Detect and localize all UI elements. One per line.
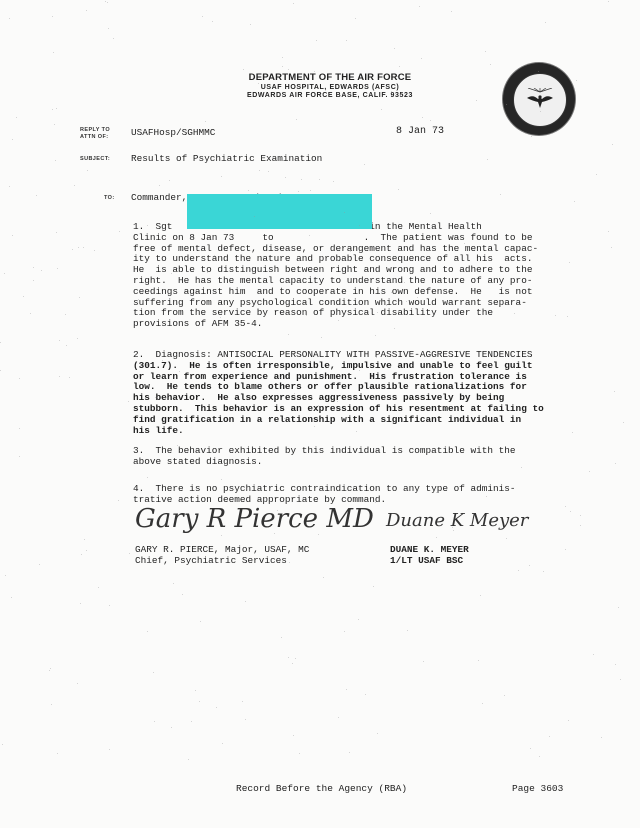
scan-speck (107, 2, 108, 3)
scan-speck (52, 16, 53, 17)
scan-speck (79, 297, 80, 298)
scan-speck (423, 661, 424, 662)
scan-speck (81, 554, 82, 555)
scan-speck (128, 401, 129, 402)
scan-speck (565, 506, 566, 507)
scan-speck (207, 272, 208, 273)
scan-speck (545, 22, 546, 23)
scan-speck (289, 562, 290, 563)
paragraph-4: 4. There is no psychiatric contraindicat… (133, 484, 516, 506)
scan-speck (394, 328, 395, 329)
scan-speck (59, 340, 60, 341)
scan-speck (397, 76, 398, 77)
scan-speck (620, 679, 621, 680)
scan-speck (72, 249, 73, 250)
letterhead-address: EDWARDS AIR FORCE BASE, CALIF. 93523 (200, 92, 460, 99)
para2-line: his life. (133, 426, 544, 437)
scan-speck (259, 170, 260, 171)
scan-speck (9, 186, 10, 187)
scan-speck (344, 212, 345, 213)
scan-speck (145, 430, 146, 431)
scan-speck (299, 753, 300, 754)
scan-speck (78, 247, 79, 248)
scan-speck (30, 313, 31, 314)
scan-speck (568, 720, 569, 721)
scan-speck (608, 231, 609, 232)
scan-speck (33, 267, 34, 268)
scan-speck (281, 637, 282, 638)
scan-speck (539, 756, 540, 757)
scan-speck (482, 703, 483, 704)
scan-speck (171, 727, 172, 728)
scan-speck (469, 374, 470, 375)
para1-line: provisions of AFM 35-4. (133, 319, 538, 330)
scan-speck (282, 57, 283, 58)
scan-speck (39, 564, 40, 565)
scan-speck (376, 357, 377, 358)
eagle-icon (525, 88, 555, 110)
scan-speck (404, 282, 405, 283)
scan-speck (487, 159, 488, 160)
scan-speck (504, 695, 505, 696)
scan-speck (377, 733, 378, 734)
scan-speck (615, 463, 616, 464)
scan-speck (16, 117, 17, 118)
scan-speck (614, 391, 615, 392)
scan-speck (86, 10, 87, 11)
scan-speck (51, 704, 52, 705)
scan-speck (323, 577, 324, 578)
scan-speck (611, 247, 612, 248)
scan-speck (87, 170, 88, 171)
scan-speck (608, 1, 609, 2)
scan-speck (500, 194, 501, 195)
scan-speck (422, 117, 423, 118)
scan-speck (398, 189, 399, 190)
scan-speck (86, 550, 87, 551)
scan-speck (53, 52, 54, 53)
scan-speck (182, 594, 183, 595)
scan-speck (486, 496, 487, 497)
scan-speck (453, 530, 454, 531)
scan-speck (221, 176, 222, 177)
scan-speck (83, 247, 84, 248)
scan-speck (59, 376, 60, 377)
scan-speck (11, 597, 12, 598)
scan-speck (5, 575, 6, 576)
para1-line: ceedings against him and to cooperate in… (133, 287, 538, 298)
scan-speck (19, 378, 20, 379)
scan-speck (193, 294, 194, 295)
scan-speck (399, 66, 400, 67)
scan-speck (407, 630, 408, 631)
scan-speck (394, 48, 395, 49)
scan-speck (154, 549, 155, 550)
scan-speck (288, 657, 289, 658)
scan-speck (618, 607, 619, 608)
scan-speck (55, 160, 56, 161)
scan-speck (419, 6, 420, 7)
letterhead: DEPARTMENT OF THE AIR FORCE USAF HOSPITA… (200, 72, 460, 99)
scan-speck (129, 553, 130, 554)
scan-speck (319, 179, 320, 180)
scan-speck (293, 3, 294, 4)
scan-speck (77, 683, 78, 684)
scan-speck (318, 405, 319, 406)
subject-label: SUBJECT: (80, 156, 110, 163)
scan-speck (580, 525, 581, 526)
para1-line: Clinic on 8 Jan 73 to . The patient was … (133, 233, 538, 244)
scan-speck (333, 181, 334, 182)
scan-speck (242, 701, 243, 702)
scan-speck (292, 421, 293, 422)
signer-right-title: 1/LT USAF BSC (390, 556, 463, 567)
scan-speck (80, 603, 81, 604)
scan-speck (245, 601, 246, 602)
scan-speck (367, 449, 368, 450)
scan-speck (623, 422, 624, 423)
scan-speck (277, 510, 278, 511)
dod-seal-icon (503, 63, 575, 135)
scan-speck (177, 268, 178, 269)
scan-speck (424, 379, 425, 380)
scan-speck (518, 570, 519, 571)
scan-speck (296, 119, 297, 120)
scan-speck (364, 164, 365, 165)
scan-speck (321, 337, 322, 338)
scan-speck (451, 11, 452, 12)
scan-speck (66, 345, 67, 346)
scan-speck (221, 535, 222, 536)
scan-speck (292, 663, 293, 664)
scan-speck (309, 235, 310, 236)
scan-speck (567, 316, 568, 317)
scan-speck (118, 500, 119, 501)
scan-speck (601, 737, 602, 738)
document-page: DEPARTMENT OF THE AIR FORCE USAF HOSPITA… (0, 0, 640, 828)
scan-speck (243, 69, 244, 70)
scan-speck (109, 605, 110, 606)
scan-speck (338, 717, 339, 718)
scan-speck (41, 270, 42, 271)
scan-speck (589, 471, 590, 472)
scan-speck (391, 292, 392, 293)
scan-speck (248, 190, 249, 191)
scan-speck (543, 571, 544, 572)
scan-speck (459, 486, 460, 487)
scan-speck (94, 250, 95, 251)
scan-speck (108, 28, 109, 29)
scan-speck (490, 64, 491, 65)
scan-speck (365, 694, 366, 695)
scan-speck (49, 670, 50, 671)
scan-speck (0, 342, 1, 343)
scan-speck (436, 492, 437, 493)
scan-speck (596, 174, 597, 175)
scan-speck (288, 334, 289, 335)
scan-speck (19, 456, 20, 457)
scan-speck (222, 743, 223, 744)
scan-speck (250, 24, 251, 25)
scan-speck (295, 658, 296, 659)
scan-speck (205, 121, 206, 122)
scan-speck (452, 527, 453, 528)
scan-speck (478, 660, 479, 661)
scan-speck (615, 664, 616, 665)
scan-speck (569, 262, 570, 263)
scan-speck (2, 744, 3, 745)
scan-speck (74, 185, 75, 186)
scan-speck (485, 51, 486, 52)
scan-speck (154, 721, 155, 722)
para3-line: above stated diagnosis. (133, 457, 516, 468)
scan-speck (56, 232, 57, 233)
reply-to-value: USAFHosp/SGHMMC (131, 128, 215, 139)
scan-speck (245, 719, 246, 720)
scan-speck (375, 335, 376, 336)
signer-left-title: Chief, Psychiatric Services (135, 556, 287, 567)
scan-speck (391, 91, 392, 92)
scan-speck (147, 631, 148, 632)
signature-meyer: Duane K Meyer (386, 510, 528, 531)
scan-speck (555, 315, 556, 316)
scan-speck (199, 701, 200, 702)
scan-speck (540, 111, 541, 112)
scan-speck (282, 66, 283, 67)
scan-speck (173, 583, 174, 584)
scan-speck (301, 179, 302, 180)
scan-speck (188, 759, 189, 760)
scan-speck (530, 748, 531, 749)
scan-speck (430, 120, 431, 121)
scan-speck (84, 539, 85, 540)
scan-speck (77, 338, 78, 339)
scan-speck (285, 177, 286, 178)
scan-speck (214, 255, 215, 256)
scan-speck (346, 40, 347, 41)
signature-pierce: Gary R Pierce MD (135, 504, 374, 534)
scan-speck (344, 631, 345, 632)
scan-speck (318, 534, 319, 535)
scan-speck (506, 538, 507, 539)
scan-speck (12, 139, 13, 140)
scan-speck (593, 654, 594, 655)
para2-line: find gratification in a relationship wit… (133, 415, 544, 426)
scan-speck (109, 749, 110, 750)
scan-speck (358, 619, 359, 620)
paragraph-1: 1. Sgt was seen in the Mental HealthClin… (133, 222, 538, 330)
scan-speck (580, 515, 581, 516)
scan-speck (153, 672, 154, 673)
scan-speck (200, 621, 201, 622)
scan-speck (36, 195, 37, 196)
scan-speck (52, 109, 53, 110)
scan-speck (572, 432, 573, 433)
scan-speck (436, 537, 437, 538)
scan-speck (349, 752, 350, 753)
scan-speck (57, 268, 58, 269)
letterhead-hospital: USAF HOSPITAL, EDWARDS (AFSC) (200, 84, 460, 91)
scan-speck (570, 511, 571, 512)
scan-speck (612, 144, 613, 145)
letterhead-department: DEPARTMENT OF THE AIR FORCE (200, 72, 460, 83)
scan-speck (119, 231, 120, 232)
scan-speck (355, 18, 356, 19)
scan-speck (202, 16, 203, 17)
footer-record-label: Record Before the Agency (RBA) (236, 783, 407, 794)
scan-speck (195, 690, 196, 691)
scan-speck (506, 104, 507, 105)
scan-speck (293, 735, 294, 736)
scan-speck (421, 58, 422, 59)
scan-speck (54, 124, 55, 125)
scan-speck (430, 213, 431, 214)
scan-speck (268, 171, 269, 172)
letter-date: 8 Jan 73 (396, 127, 444, 138)
paragraph-2: 2. Diagnosis: ANTISOCIAL PERSONALITY WIT… (133, 350, 544, 436)
subject-value: Results of Psychiatric Examination (131, 154, 322, 165)
scan-speck (576, 80, 577, 81)
scan-speck (147, 477, 148, 478)
scan-speck (529, 565, 530, 566)
scan-speck (531, 136, 532, 137)
scan-speck (574, 201, 575, 202)
scan-speck (216, 707, 217, 708)
scan-speck (346, 689, 347, 690)
scan-speck (98, 587, 99, 588)
scan-speck (19, 428, 20, 429)
scan-speck (221, 479, 222, 480)
scan-speck (33, 280, 34, 281)
paragraph-3: 3. The behavior exhibited by this indivi… (133, 446, 516, 468)
scan-speck (298, 191, 299, 192)
scan-speck (50, 668, 51, 669)
footer-page-number: Page 3603 (512, 783, 563, 794)
scan-speck (476, 100, 477, 101)
to-label: TO: (104, 195, 115, 202)
scan-speck (4, 273, 5, 274)
scan-speck (113, 38, 114, 39)
scan-speck (159, 185, 160, 186)
scan-speck (480, 595, 481, 596)
scan-speck (284, 385, 285, 386)
scan-speck (0, 370, 1, 371)
scan-speck (381, 109, 382, 110)
scan-speck (9, 18, 10, 19)
scan-speck (288, 69, 289, 70)
scan-speck (177, 445, 178, 446)
scan-speck (549, 736, 550, 737)
scan-speck (138, 299, 139, 300)
scan-speck (191, 721, 192, 722)
scan-speck (12, 235, 13, 236)
scan-speck (23, 296, 24, 297)
scan-speck (212, 21, 213, 22)
reply-to-label: REPLY TO ATTN OF: (80, 127, 110, 141)
scan-speck (169, 180, 170, 181)
scan-speck (565, 549, 566, 550)
scan-speck (56, 108, 57, 109)
para2-line: (301.7). He is often irresponsible, impu… (133, 361, 544, 372)
scan-speck (284, 418, 285, 419)
scan-speck (316, 40, 317, 41)
scan-speck (57, 753, 58, 754)
scan-speck (373, 586, 374, 587)
scan-speck (69, 377, 70, 378)
scan-speck (521, 467, 522, 468)
scan-speck (65, 314, 66, 315)
